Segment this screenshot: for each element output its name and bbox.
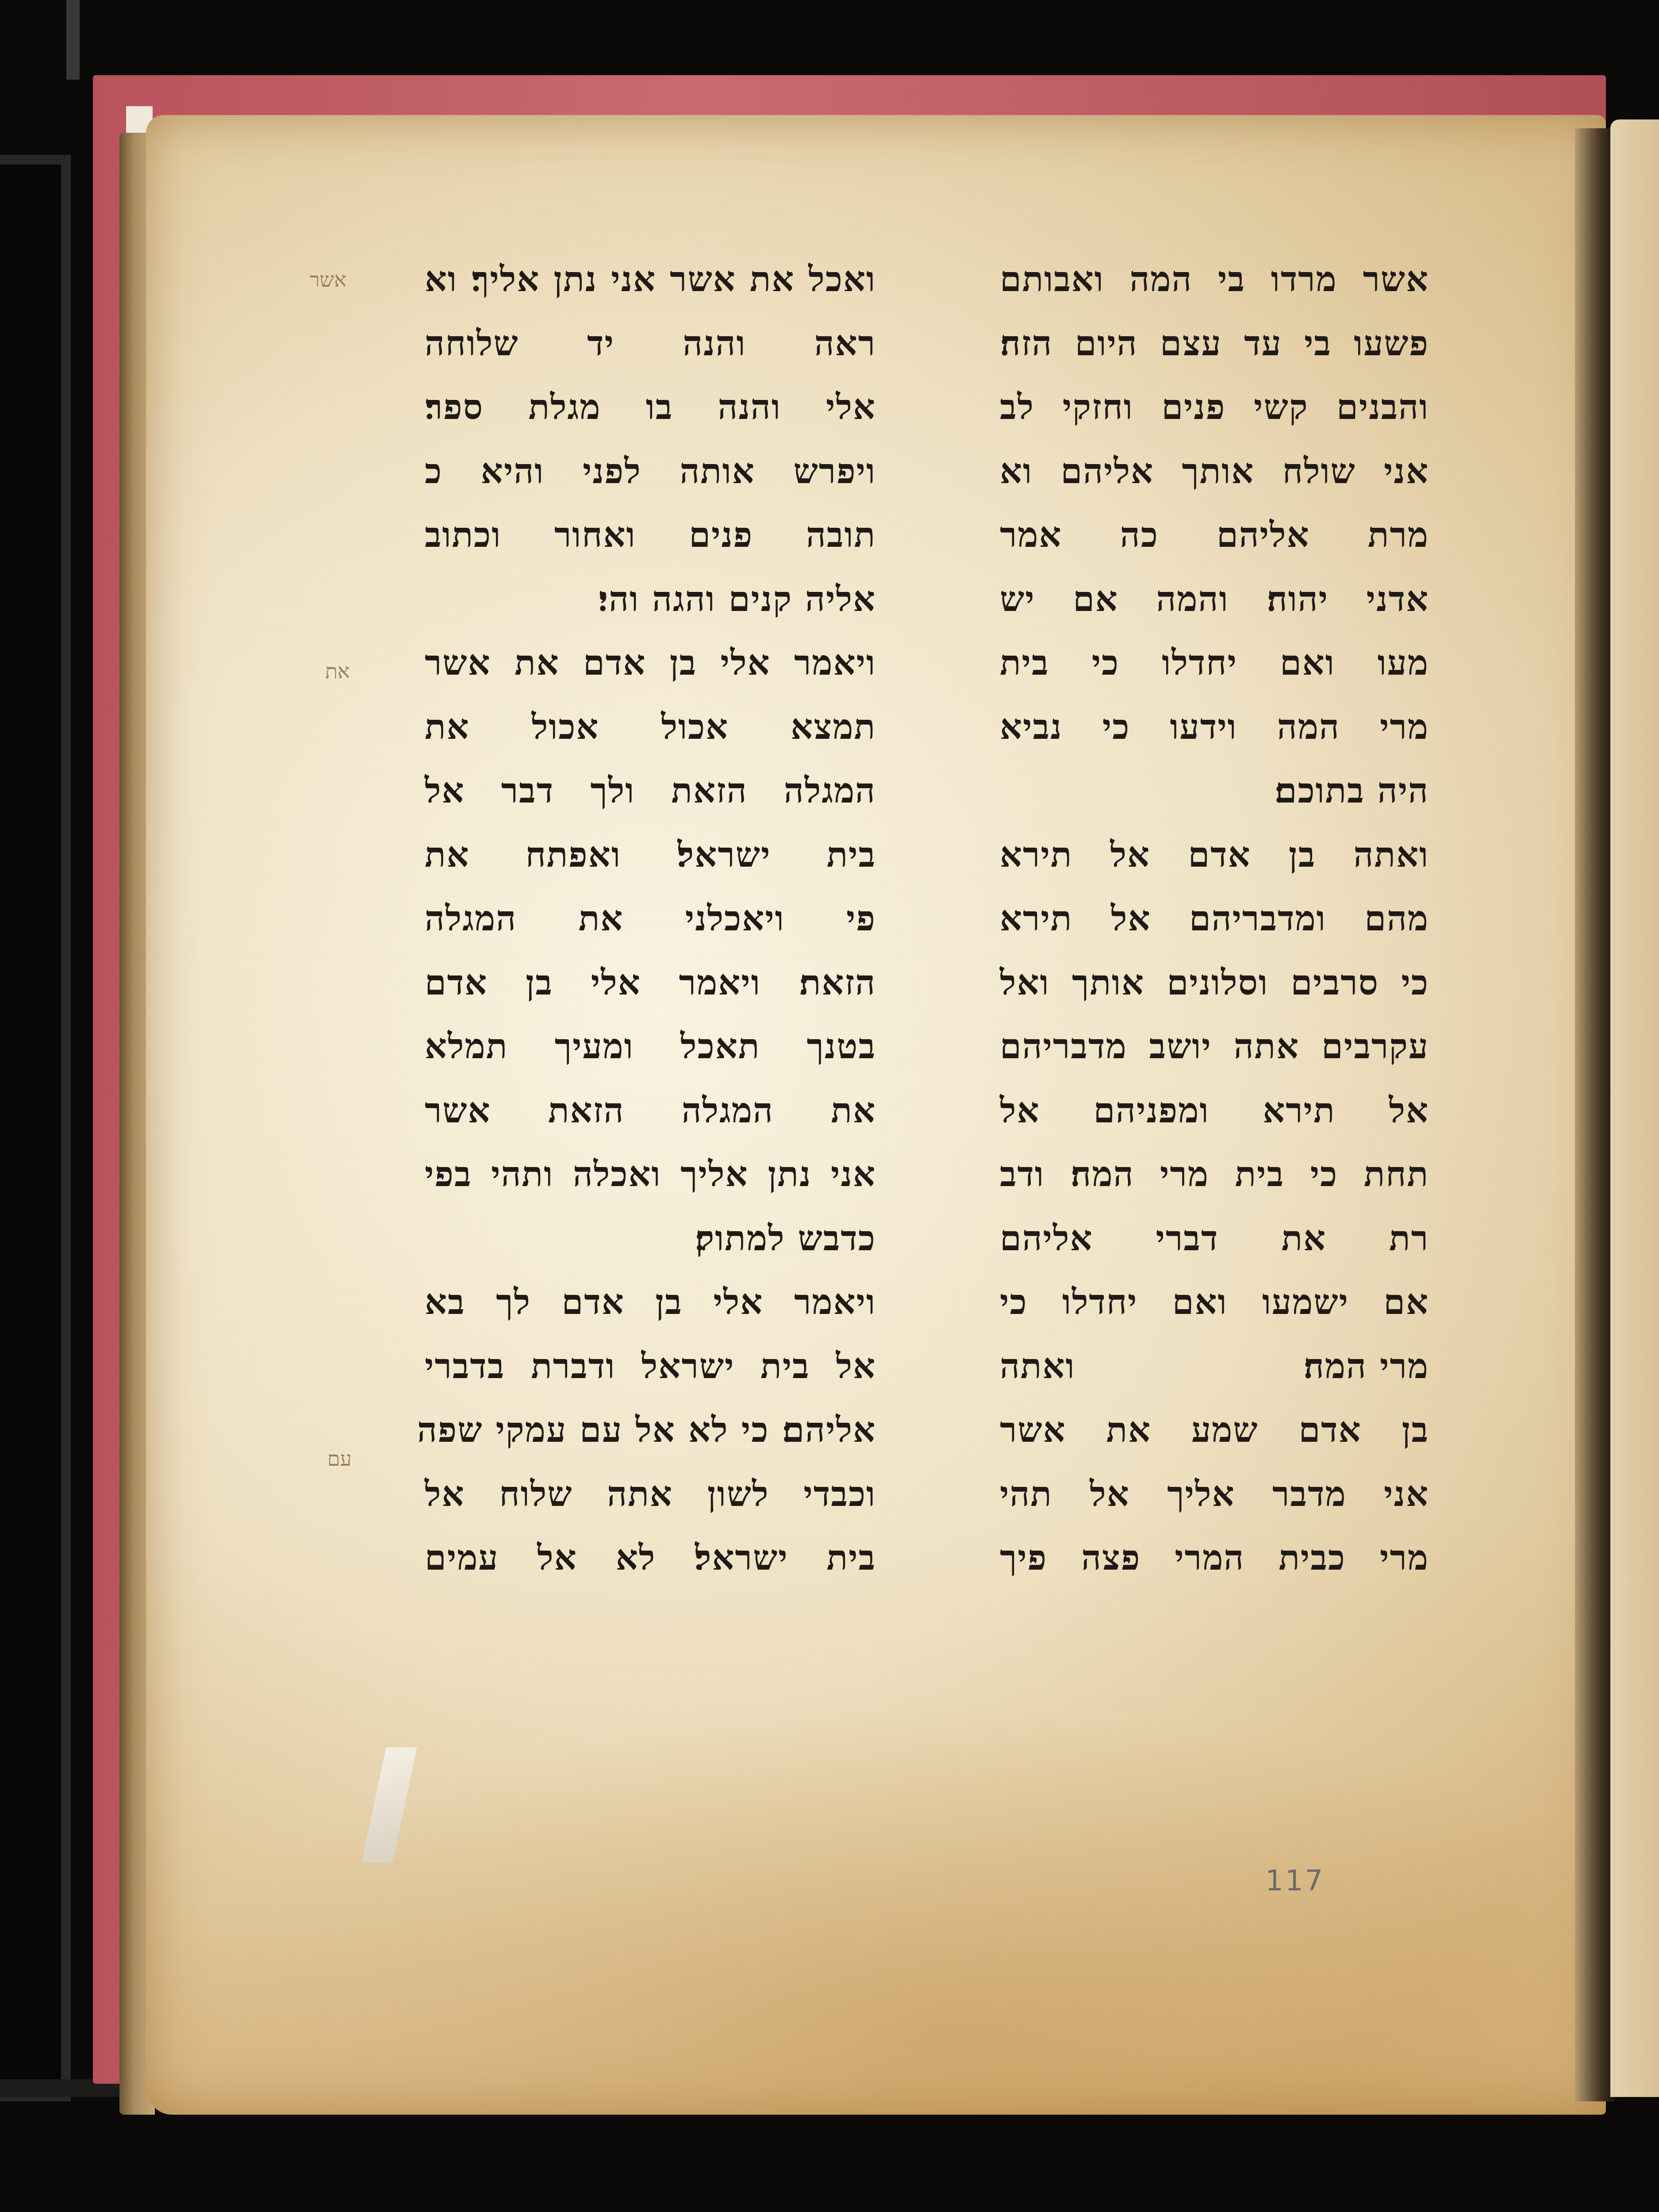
text-line: ויאמר אלי בן אדם את אשר [425,631,876,695]
text-line: מרי כבית המרי פצה פיך [1000,1526,1429,1590]
background-frame-panel [0,155,71,2101]
margin-note: עם [327,1447,352,1471]
text-line: אם ישמעו ואם יחדלו כי [1000,1271,1429,1335]
book-gutter [1575,128,1615,2101]
text-line: אדני יהוה׃ והמה אם יש [1000,568,1429,632]
text-line: ויאמר אלי בן אדם לך בא [425,1271,876,1335]
text-line: בית ישראל׃ ואפתח את [425,823,876,887]
text-line: תובה פנים ואחור וכתוב [425,503,876,568]
text-line: אליהם׃ כי לא אל עם עמקי שפה [425,1398,876,1463]
text-line: היה בתוכם׃ [1000,759,1429,823]
text-segment-right: מרי המה׃ [1303,1335,1429,1399]
text-line: מהם ומדבריהם אל תירא [1000,887,1429,951]
folio-number: 117 [1265,1865,1325,1897]
text-line: ויפרש אותה לפני והיא כ [425,440,876,504]
text-line: אני מדבר אליך אל תהי [1000,1463,1429,1527]
text-line: תמצא אכול אכול את [425,695,876,760]
text-line: אליה קנים והגה והי׃ [425,568,876,632]
text-line: עקרבים אתה יושב מדבריהם [1000,1015,1429,1079]
text-line: מרי המה וידעו כי נביא [1000,695,1429,760]
text-line: כי סרבים וסלונים אותך ואל [1000,951,1429,1015]
text-line: אני נתן אליך ואכלה ותהי בפי [425,1143,876,1207]
text-line: אלי והנה בו מגלת ספר׃ [425,376,876,440]
text-line: המגלה הזאת ולך דבר אל [425,759,876,823]
text-line: אני שולח אותך אליהם וא [1000,440,1429,504]
text-line: מרת אליהם כה אמר [1000,503,1429,568]
text-line: והבנים קשי פנים וחזקי לב [1000,376,1429,440]
text-line: את המגלה הזאת אשר [425,1079,876,1143]
facing-page-edge [1610,119,1659,2097]
text-line: מעו ואם יחדלו כי בית [1000,631,1429,695]
text-line: אל בית ישראל ודברת בדברי [425,1335,876,1399]
text-line: רת את דברי אליהם [1000,1207,1429,1271]
text-line: אשר מרדו בי המה ואבותם [1000,248,1429,312]
text-line: פי ויאכלני את המגלה [425,887,876,951]
text-line: פשעו בי עד עצם היום הזה׃ [1000,312,1429,376]
margin-note: את [325,659,350,683]
text-line: ואכל את אשר אני נתן אליך׃ וא [425,248,876,312]
text-line: כדבש למתוק׃ [425,1207,876,1271]
text-line: ראה והנה יד שלוחה [425,312,876,376]
text-line: אל תירא ומפניהם אל [1000,1079,1429,1143]
text-line: בטנך תאכל ומעיך תמלא [425,1015,876,1079]
text-line: ואתה בן אדם אל תירא [1000,823,1429,887]
text-line: וכבדי לשון אתה שלוח אל [425,1463,876,1527]
text-line: תחת כי בית מרי המה׃ ודב [1000,1143,1429,1207]
text-line: בן אדם שמע את אשר [1000,1398,1429,1463]
text-line: בית ישראל׃ לא אל עמים [425,1526,876,1590]
text-line: הזאת׃ ויאמר אלי בן אדם [425,951,876,1015]
text-segment-left: ואתה [1000,1335,1075,1399]
background-frame-bar [66,0,80,80]
text-line-split: מרי המה׃ ואתה [1000,1335,1429,1399]
text-column-right: אשר מרדו בי המה ואבותם פשעו בי עד עצם הי… [1000,248,1429,1590]
margin-note: אשר [310,268,346,292]
text-column-left: ואכל את אשר אני נתן אליך׃ וא ראה והנה יד… [425,248,876,1590]
